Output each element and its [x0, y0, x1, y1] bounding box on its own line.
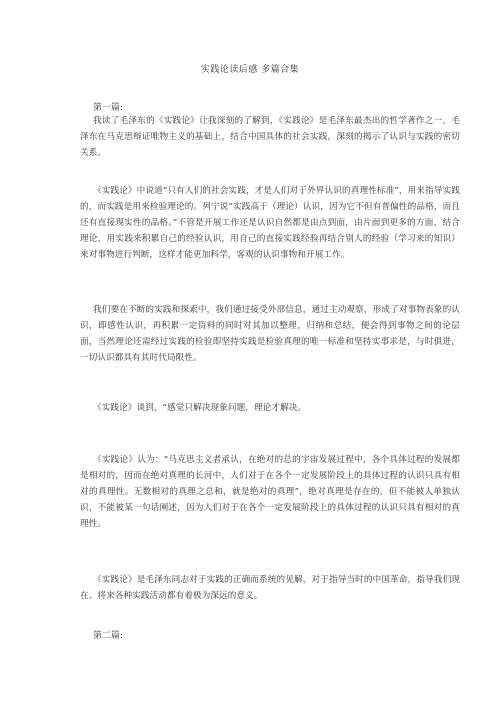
section-heading-2: 第二篇: — [93, 628, 123, 641]
paragraph-4: 《实践论》谈到，“感觉只解决现象问题，理论才解决。 — [80, 400, 460, 416]
paragraph-6: 《实践论》是毛泽东同志对于实践的正确而系统的见解，对于指导当时的中国革命，指导我… — [80, 572, 460, 604]
document-title: 实践论读后感 多篇合集 — [0, 62, 500, 75]
paragraph-1: 我读了毛泽东的《实践论》让我深刻的了解到，《实践论》是毛泽东最杰出的哲学著作之一… — [80, 113, 460, 161]
section-heading-1: 第一篇: — [93, 100, 123, 113]
paragraph-5: 《实践论》认为：“马克思主义者承认，在绝对的总的宇宙发展过程中，各个具体过程的发… — [80, 452, 460, 532]
paragraph-2: 《实践论》中说道“只有人们的社会实践，才是人们对于外界认识的真理性标准”，用来指… — [80, 183, 460, 263]
document-page: 实践论读后感 多篇合集 第一篇: 我读了毛泽东的《实践论》让我深刻的了解到，《实… — [0, 0, 500, 708]
paragraph-3: 我们要在不断的实践和探索中，我们通过接受外部信息，通过主动观察，形成了对事物表象… — [80, 302, 460, 366]
